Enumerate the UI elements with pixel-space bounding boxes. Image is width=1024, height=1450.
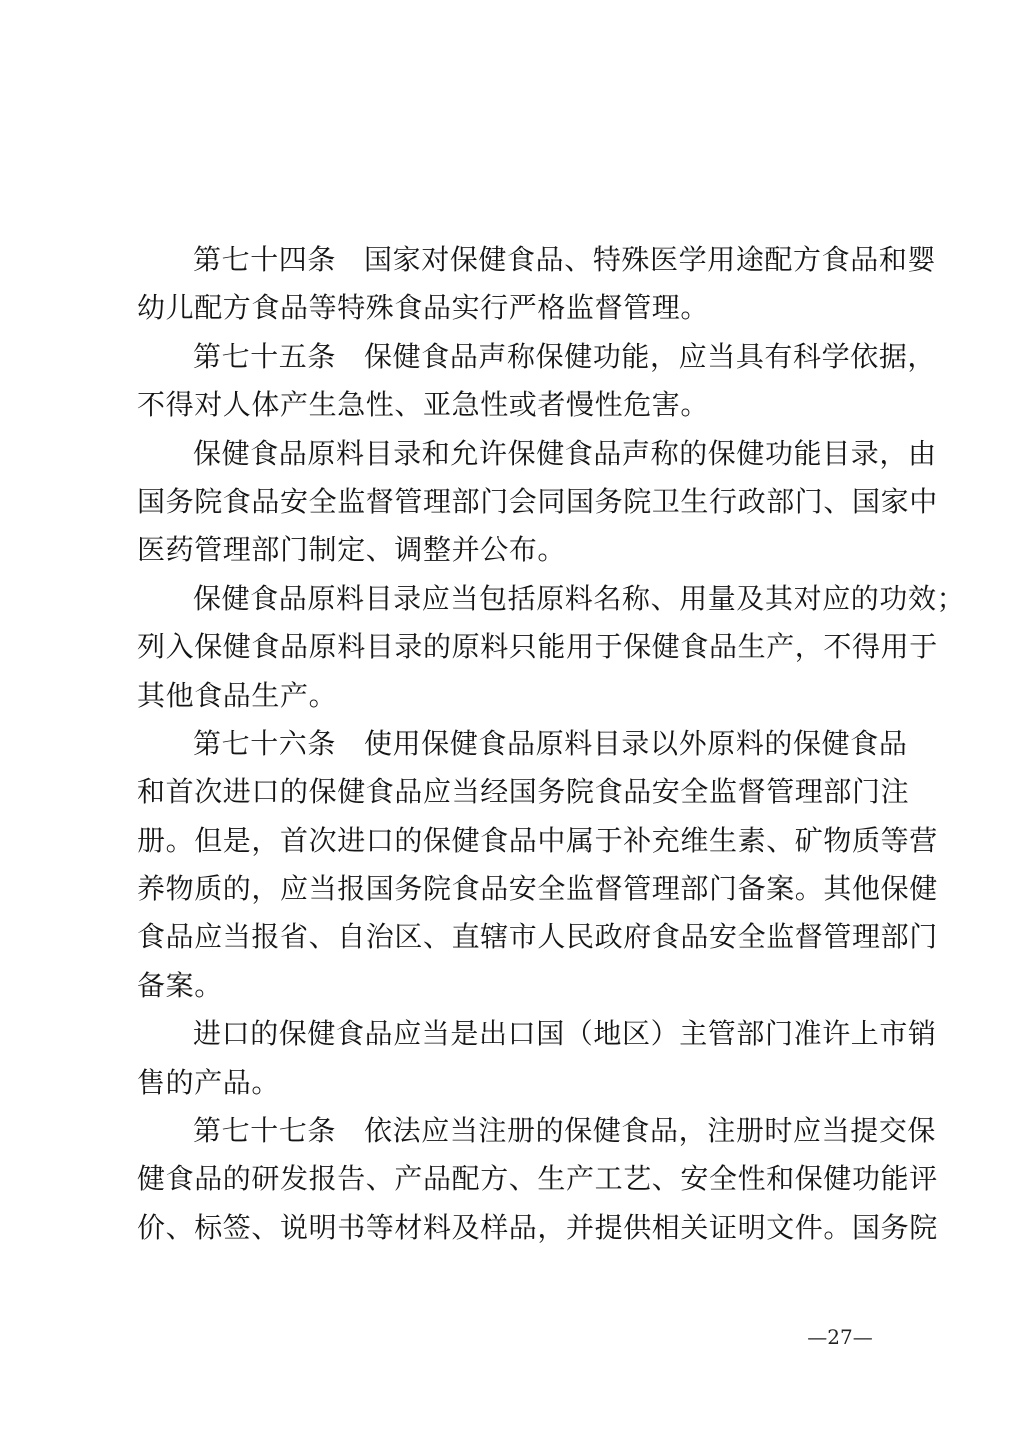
paragraph-line: 保健食品原料目录和允许保健食品声称的保健功能目录，由 [137,430,907,478]
paragraph-line: 食品应当报省、自治区、直辖市人民政府食品安全监督管理部门 [137,913,907,961]
paragraph-line: 进口的保健食品应当是出口国（地区）主管部门准许上市销 [137,1010,907,1058]
text-segment: 其他食品生产。 [137,679,337,712]
article-74-line-1: 第七十四条国家对保健食品、特殊医学用途配方食品和婴 [137,236,907,284]
paragraph-line: 其他食品生产。 [137,672,907,720]
text-segment: 列入保健食品原料目录的原料只能用于保健食品生产，不得用于 [137,630,938,663]
article-74-line-2: 幼儿配方食品等特殊食品实行严格监督管理。 [137,284,907,332]
document-page: 第七十四条国家对保健食品、特殊医学用途配方食品和婴 幼儿配方食品等特殊食品实行严… [0,0,1024,1450]
text-segment: 售的产品。 [137,1066,280,1099]
paragraph-line: 养物质的，应当报国务院食品安全监督管理部门备案。其他保健 [137,865,907,913]
paragraph-line: 国务院食品安全监督管理部门会同国务院卫生行政部门、国家中 [137,478,907,526]
text-segment: 幼儿配方食品等特殊食品实行严格监督管理。 [137,291,709,324]
paragraph-line: 医药管理部门制定、调整并公布。 [137,526,907,574]
article-77-line-1: 第七十七条依法应当注册的保健食品，注册时应当提交保 [137,1107,907,1155]
text-segment: 进口的保健食品应当是出口国（地区）主管部门准许上市销 [193,1017,937,1050]
text-segment: 不得对人体产生急性、亚急性或者慢性危害。 [137,388,709,421]
text-segment: 医药管理部门制定、调整并公布。 [137,533,566,566]
text-segment: 养物质的，应当报国务院食品安全监督管理部门备案。其他保健 [137,872,938,905]
article-number: 第七十七条 [193,1114,336,1147]
text-segment: 健食品的研发报告、产品配方、生产工艺、安全性和保健功能评 [137,1162,938,1195]
article-number: 第七十四条 [193,243,336,276]
text-segment: 依法应当注册的保健食品，注册时应当提交保 [364,1114,936,1147]
page-number: —27— [790,1325,890,1349]
text-segment: 和首次进口的保健食品应当经国务院食品安全监督管理部门注 [137,775,909,808]
paragraph-line: 备案。 [137,962,907,1010]
text-segment: 食品应当报省、自治区、直辖市人民政府食品安全监督管理部门 [137,920,938,953]
text-segment: 保健食品原料目录应当包括原料名称、用量及其对应的功效； [193,582,965,615]
paragraph-line: 列入保健食品原料目录的原料只能用于保健食品生产，不得用于 [137,623,907,671]
text-segment: 册。但是，首次进口的保健食品中属于补充维生素、矿物质等营 [137,824,938,857]
text-segment: 使用保健食品原料目录以外原料的保健食品 [364,727,907,760]
text-segment: 保健食品声称保健功能，应当具有科学依据， [364,340,936,373]
text-segment: 保健食品原料目录和允许保健食品声称的保健功能目录，由 [193,437,937,470]
paragraph-line: 和首次进口的保健食品应当经国务院食品安全监督管理部门注 [137,768,907,816]
article-number: 第七十六条 [193,727,336,760]
article-75-line-2: 不得对人体产生急性、亚急性或者慢性危害。 [137,381,907,429]
paragraph-line: 册。但是，首次进口的保健食品中属于补充维生素、矿物质等营 [137,817,907,865]
paragraph-line: 保健食品原料目录应当包括原料名称、用量及其对应的功效； [137,575,907,623]
text-segment: 国家对保健食品、特殊医学用途配方食品和婴 [364,243,936,276]
body-text: 第七十四条国家对保健食品、特殊医学用途配方食品和婴 幼儿配方食品等特殊食品实行严… [137,236,907,1252]
text-segment: 国务院食品安全监督管理部门会同国务院卫生行政部门、国家中 [137,485,938,518]
article-76-line-1: 第七十六条使用保健食品原料目录以外原料的保健食品 [137,720,907,768]
article-number: 第七十五条 [193,340,336,373]
paragraph-line: 健食品的研发报告、产品配方、生产工艺、安全性和保健功能评 [137,1155,907,1203]
paragraph-line: 售的产品。 [137,1059,907,1107]
paragraph-line: 价、标签、说明书等材料及样品，并提供相关证明文件。国务院 [137,1204,907,1252]
text-segment: 价、标签、说明书等材料及样品，并提供相关证明文件。国务院 [137,1211,938,1244]
article-75-line-1: 第七十五条保健食品声称保健功能，应当具有科学依据， [137,333,907,381]
text-segment: 备案。 [137,969,223,1002]
